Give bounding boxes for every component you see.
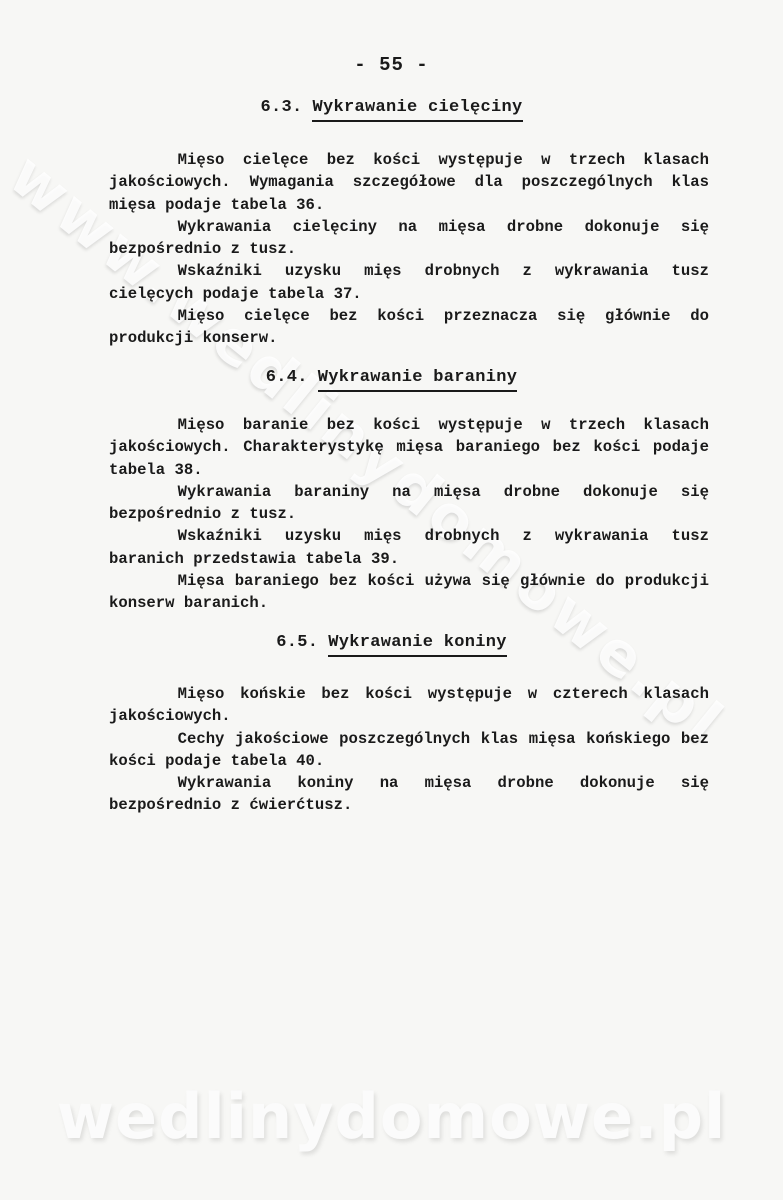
paragraph: Mięso cielęce bez kości występuje w trze… [109, 149, 709, 216]
paragraph: Wykrawania cielęciny na mięsa drobne dok… [109, 216, 709, 261]
section-number: 6.5. [276, 633, 318, 652]
bottom-watermark: wedlinydomowe.pl [0, 1080, 783, 1153]
section-body-6-3: Mięso cielęce bez kości występuje w trze… [109, 149, 709, 350]
paragraph: Wykrawania baraniny na mięsa drobne doko… [109, 481, 709, 526]
section-heading-6-4: 6.4.Wykrawanie baraniny [0, 368, 783, 387]
paragraph: Wskaźniki uzysku mięs drobnych z wykrawa… [109, 260, 709, 305]
paragraph: Mięso baranie bez kości występuje w trze… [109, 414, 709, 481]
page-number: - 55 - [0, 54, 783, 76]
paragraph: Wykrawania koniny na mięsa drobne dokonu… [109, 772, 709, 817]
paragraph: Mięsa baraniego bez kości używa się głów… [109, 570, 709, 615]
paragraph: Mięso cielęce bez kości przeznacza się g… [109, 305, 709, 350]
section-body-6-5: Mięso końskie bez kości występuje w czte… [109, 683, 709, 817]
section-number: 6.4. [266, 368, 308, 387]
section-heading-6-3: 6.3.Wykrawanie cielęciny [0, 98, 783, 117]
section-title: Wykrawanie cielęciny [312, 98, 522, 122]
section-title: Wykrawanie baraniny [318, 368, 518, 392]
section-heading-6-5: 6.5.Wykrawanie koniny [0, 633, 783, 652]
section-body-6-4: Mięso baranie bez kości występuje w trze… [109, 414, 709, 615]
paragraph: Mięso końskie bez kości występuje w czte… [109, 683, 709, 728]
section-title: Wykrawanie koniny [328, 633, 507, 657]
document-page: www.wedlinydomowe.pl - 55 - 6.3.Wykrawan… [0, 0, 783, 1200]
paragraph: Wskaźniki uzysku mięs drobnych z wykrawa… [109, 525, 709, 570]
paragraph: Cechy jakościowe poszczególnych klas mię… [109, 728, 709, 773]
section-number: 6.3. [260, 98, 302, 117]
